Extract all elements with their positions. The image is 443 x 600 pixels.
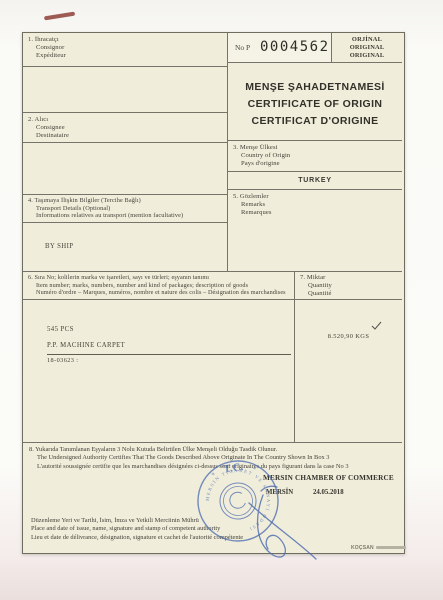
box3-label-tr: 3. Menşe Ülkesi <box>233 144 402 152</box>
original-line-fr: ORIGINAL <box>332 52 402 60</box>
box2-consignee-label: 2. Alıcı Consignee Destinataire <box>23 113 228 143</box>
box5-label-tr: 5. Gözlemler <box>233 193 402 201</box>
document-title: MENŞE ŞAHADETNAMESİ CERTIFICATE OF ORIGI… <box>228 63 402 141</box>
box2-label-en: Consignee <box>28 124 227 132</box>
box4-label-en: Transport Details (Optional) <box>28 205 227 213</box>
printer-mark: KOÇSAN <box>351 545 406 551</box>
box2-consignee-value <box>23 143 228 195</box>
signature-icon <box>249 486 316 559</box>
box4-transport-value: BY SHIP <box>23 223 228 272</box>
box7-label-en: Quantity <box>300 282 402 290</box>
title-tr: MENŞE ŞAHADETNAMESİ <box>228 79 402 96</box>
box5-label-fr: Remarques <box>233 209 402 217</box>
box7-label-tr: 7. Miktar <box>300 274 402 282</box>
round-stamp-icon: MERSİN TİCARET VE SANAYİ ODASI T.C. * * <box>193 456 283 546</box>
serial-prefix: No P <box>235 43 250 52</box>
box6-goods-label: 6. Sıra No; kolilerin marka ve işaretler… <box>23 272 295 300</box>
box3-origin-label: 3. Menşe Ülkesi Country of Origin Pays d… <box>228 141 402 172</box>
stamp-tc-text: T.C. <box>223 461 245 476</box>
box1-consignor-label: 1. İhracatçı Consignor Expéditeur <box>23 33 228 67</box>
box6-label-en: Item number; marks, numbers, number and … <box>28 282 294 290</box>
stamp-star-left: * <box>211 471 216 479</box>
printer-mark-text: KOÇSAN <box>351 545 374 551</box>
box3-label-en: Country of Origin <box>233 152 402 160</box>
box1-consignor-value <box>23 67 228 113</box>
transport-mode-value: BY SHIP <box>45 243 73 250</box>
box4-transport-label: 4. Taşımaya İlişkin Bilgiler (Tercihe Ba… <box>23 195 228 223</box>
original-line-tr: ORJİNAL <box>332 36 402 44</box>
box2-label-fr: Destinataire <box>28 132 227 140</box>
box6-label-fr: Numéro d'ordre – Marques, numéros, nombr… <box>28 289 294 297</box>
box2-label-tr: 2. Alıcı <box>28 116 227 124</box>
tick-mark-icon <box>371 321 383 331</box>
box1-label-en: Consignor <box>28 44 227 52</box>
serial-number-box: No P 0004562 <box>228 33 332 63</box>
box5-remarks: 5. Gözlemler Remarks Remarques <box>228 190 402 272</box>
goods-description: P.P. MACHINE CARPET <box>47 342 125 349</box>
certificate-page: 1. İhracatçı Consignor Expéditeur 2. Alı… <box>22 32 405 554</box>
printer-mark-illegible <box>376 546 406 549</box>
corner-red-mark <box>44 12 75 20</box>
goods-underline <box>47 353 291 355</box>
original-copy-box: ORJİNAL ORIGINAL ORIGINAL <box>332 33 402 63</box>
box4-label-tr: 4. Taşımaya İlişkin Bilgiler (Tercihe Ba… <box>28 197 227 205</box>
quantity-value: 8.520,90 KGS <box>295 333 402 340</box>
title-en: CERTIFICATE OF ORIGIN <box>228 96 402 113</box>
box4-label-fr: Informations relatives au transport (men… <box>28 212 227 220</box>
goods-description-cell: 545 PCS P.P. MACHINE CARPET 18-03623 : <box>23 300 295 443</box>
box7-quantity-label: 7. Miktar Quantity Quantité <box>295 272 402 300</box>
country-of-origin-value: TURKEY <box>228 172 402 190</box>
quantity-cell: 8.520,90 KGS <box>295 300 402 443</box>
goods-pieces: 545 PCS <box>47 326 74 333</box>
serial-number: 0004562 <box>260 39 330 55</box>
box5-label-en: Remarks <box>233 201 402 209</box>
title-fr: CERTIFICAT D'ORIGINE <box>228 113 402 130</box>
box7-label-fr: Quantité <box>300 290 402 298</box>
chamber-stamp-and-signature: MERSİN TİCARET VE SANAYİ ODASI T.C. * * <box>153 429 373 574</box>
original-line-en: ORIGINAL <box>332 44 402 52</box>
box6-label-tr: 6. Sıra No; kolilerin marka ve işaretler… <box>28 274 294 282</box>
box1-label-tr: 1. İhracatçı <box>28 36 227 44</box>
box3-label-fr: Pays d'origine <box>233 160 402 168</box>
goods-reference: 18-03623 : <box>47 357 78 364</box>
box1-label-fr: Expéditeur <box>28 52 227 60</box>
